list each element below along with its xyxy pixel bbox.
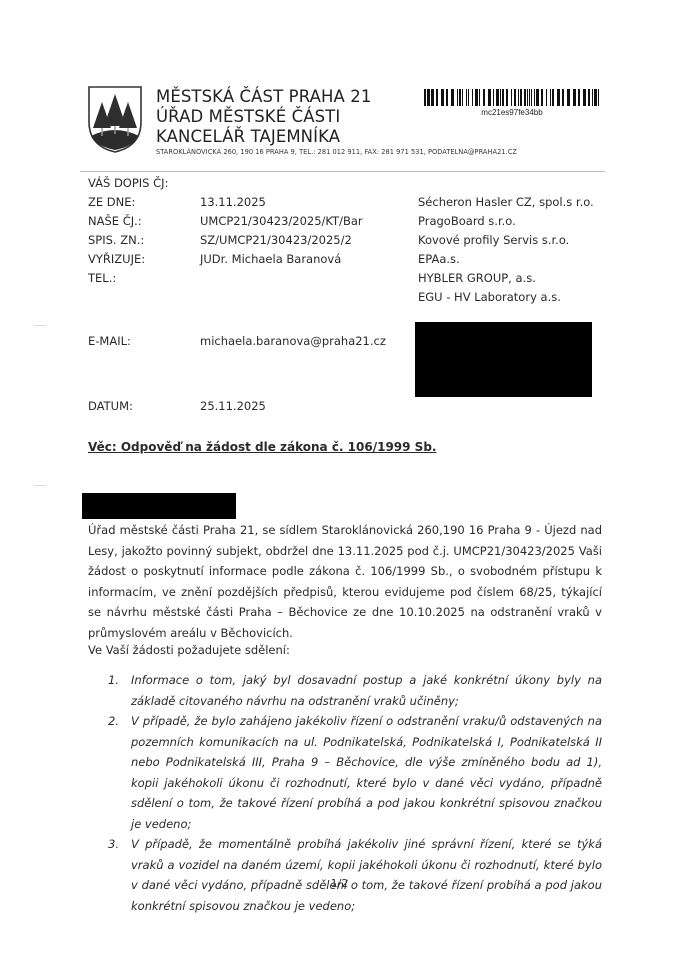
- meta-label-vas-dopis: VÁŠ DOPIS ČJ:: [88, 176, 168, 190]
- page-number: 1/2: [0, 877, 679, 890]
- recipient-item: EPAa.s.: [418, 252, 460, 266]
- recipient-item: Sécheron Hasler CZ, spol.s r.o.: [418, 195, 594, 209]
- barcode-icon: [424, 89, 600, 106]
- org-name-line-1: MĚSTSKÁ ČÁST PRAHA 21: [156, 87, 371, 107]
- coat-of-arms-logo-icon: [86, 84, 144, 154]
- meta-value-nase-cj: UMCP21/30423/2025/KT/Bar: [200, 214, 363, 228]
- meta-label-ze-dne: ZE DNE:: [88, 195, 135, 209]
- request-text: Informace o tom, jaký byl dosavadní post…: [131, 673, 602, 708]
- redacted-salutation: [82, 493, 236, 519]
- request-text: V případě, že bylo zahájeno jakékoliv ří…: [131, 714, 602, 831]
- barcode-id: mc21es97fe34bb: [424, 108, 600, 117]
- meta-label-spis-zn: SPIS. ZN.:: [88, 233, 144, 247]
- request-list-item: 3. V případě, že momentálně probíhá jaké…: [108, 834, 602, 916]
- meta-value-ze-dne: 13.11.2025: [200, 195, 266, 209]
- request-list-item: 1. Informace o tom, jaký byl dosavadní p…: [108, 670, 602, 711]
- redacted-address-block: [415, 322, 592, 397]
- meta-label-tel: TEL.:: [88, 271, 116, 285]
- header-divider: [80, 171, 605, 172]
- org-name-line-2: ÚŘAD MĚSTSKÉ ČÁSTI: [156, 107, 340, 127]
- meta-label-nase-cj: NAŠE ČJ.:: [88, 214, 142, 228]
- meta-value-email[interactable]: michaela.baranova@praha21.cz: [200, 334, 386, 348]
- fold-mark: [34, 485, 46, 486]
- recipient-item: EGU - HV Laboratory a.s.: [418, 290, 561, 304]
- body-paragraph-request-lead: Ve Vaší žádosti požadujete sdělení:: [88, 640, 602, 661]
- request-list-item: 2. V případě, že bylo zahájeno jakékoliv…: [108, 711, 602, 834]
- letter-subject: Věc: Odpověď na žádost dle zákona č. 106…: [88, 440, 436, 454]
- org-contact-line: STAROKLÁNOVICKÁ 260, 190 16 PRAHA 9, TEL…: [156, 148, 517, 156]
- org-name-line-3: KANCELÁŘ TAJEMNÍKA: [156, 127, 340, 147]
- request-number: 2.: [108, 711, 119, 732]
- request-number: 1.: [108, 670, 119, 691]
- recipient-item: Kovové profily Servis s.r.o.: [418, 233, 569, 247]
- meta-value-datum: 25.11.2025: [200, 399, 266, 413]
- meta-label-datum: DATUM:: [88, 399, 133, 413]
- meta-label-email: E-MAIL:: [88, 334, 131, 348]
- fold-mark: [34, 325, 46, 326]
- request-number: 3.: [108, 834, 119, 855]
- recipient-item: PragoBoard s.r.o.: [418, 214, 516, 228]
- body-paragraph-intro: Úřad městské části Praha 21, se sídlem S…: [88, 520, 602, 643]
- meta-value-vyrizuje: JUDr. Michaela Baranová: [200, 252, 341, 266]
- meta-label-vyrizuje: VYŘIZUJE:: [88, 252, 145, 266]
- meta-value-spis-zn: SZ/UMCP21/30423/2025/2: [200, 233, 352, 247]
- request-text: V případě, že momentálně probíhá jakékol…: [131, 837, 602, 913]
- recipient-item: HYBLER GROUP, a.s.: [418, 271, 536, 285]
